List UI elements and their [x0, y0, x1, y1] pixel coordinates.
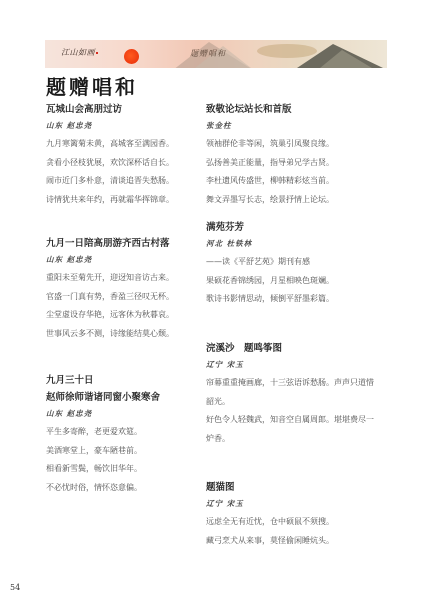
- poem: 满苑芬芳 河北 杜铁林 ——读《平舒艺苑》期刊有感 果硕花香锦绣园，月星相映色斑…: [206, 221, 334, 309]
- poem-line: 美酒寒堂上，豪车陋巷前。: [46, 442, 160, 461]
- poem-line: 官盛一门真有势，香盈三径叹无杯。: [46, 288, 174, 307]
- magazine-page: 江山如画 题赠唱和 题赠唱和 瓦城山会高朋过访 山东 赵忠尧 九月寒篱菊未黄，高…: [0, 0, 428, 600]
- poem-line: 平生多寄醉，老更爱欢筵。: [46, 423, 160, 442]
- banner-brand: 江山如画: [61, 47, 98, 58]
- header-banner: 江山如画 题赠唱和: [45, 40, 387, 68]
- poem-line: 舞文弄墨写长志，绘景抒情上论坛。: [206, 191, 334, 210]
- poem: 九月三十日 赵师徐师谐诸同窗小聚寒舍 山东 赵忠尧 平生多寄醉，老更爱欢筵。 美…: [46, 374, 160, 497]
- page-title: 题赠唱和: [46, 71, 138, 100]
- poem-author: 山东 赵忠尧: [46, 119, 174, 133]
- poem-title: 题猫图: [206, 481, 334, 495]
- poem: 致敬论坛站长和首版 张金柱 领袖群伦非等闲，筑巢引凤聚良缘。 弘扬善美正能量，指…: [206, 103, 334, 209]
- poem-title: 致敬论坛站长和首版: [206, 103, 334, 117]
- poem-title: 浣溪沙 题鸣筝图: [206, 342, 380, 356]
- poem-line: 弘扬善美正能量，指导弟兄学古贤。: [206, 154, 334, 173]
- poem-pre-title: 九月三十日: [46, 374, 160, 388]
- poem-author: 河北 杜铁林: [206, 237, 334, 251]
- poem-author: 山东 赵忠尧: [46, 253, 174, 267]
- poem: 浣溪沙 题鸣筝图 辽宁 宋玉 帘幕重重掩画廊，十三弦语诉愁肠。声声只道惜韶光。 …: [206, 342, 380, 448]
- poem-author: 张金柱: [206, 119, 334, 133]
- poem-subtitle: ——读《平舒艺苑》期刊有感: [206, 253, 334, 272]
- page-number: 54: [10, 583, 20, 592]
- poem-line: 果硕花香锦绣园，月星相映色斑斓。: [206, 272, 334, 291]
- poem-line: 闹市近门多朴意，清谈追晋失愁肠。: [46, 172, 174, 191]
- poem-title: 赵师徐师谐诸同窗小聚寒舍: [46, 391, 160, 405]
- poem-title: 满苑芬芳: [206, 221, 334, 235]
- poem-line: 远虑全无有近忧，仓中硕鼠不须搜。: [206, 513, 334, 532]
- poem: 瓦城山会高朋过访 山东 赵忠尧 九月寒篱菊未黄，高城客至满园香。 贪看小径枝犹展…: [46, 103, 174, 209]
- banner-title: 题赠唱和: [190, 48, 226, 59]
- poem-line: 重阳未至菊先开，迎迓知音访古来。: [46, 269, 174, 288]
- poem-title: 瓦城山会高朋过访: [46, 103, 174, 117]
- poem-line: 诗情犹共来年约，再就霜华挥锦章。: [46, 191, 174, 210]
- mountain-illustration: [320, 50, 372, 68]
- poem-title: 九月一日陪高朋游齐西古村落: [46, 237, 174, 251]
- poem-line: 九月寒篱菊未黄，高城客至满园香。: [46, 135, 174, 154]
- poem-line: 好色令人轻魏武，知音空自属周郎。堪堪费尽一炉香。: [206, 411, 380, 448]
- seal-icon: [96, 52, 98, 54]
- poem-line: 不必忧时俗，情怀恣意偏。: [46, 479, 160, 498]
- red-sun-icon: [124, 49, 139, 64]
- poem: 九月一日陪高朋游齐西古村落 山东 赵忠尧 重阳未至菊先开，迎迓知音访古来。 官盛…: [46, 237, 174, 343]
- poem-line: 尘堂虚设存华艳，远客休为秋暮哀。: [46, 306, 174, 325]
- poem-line: 世事风云多不测，诗缘能结莫心颓。: [46, 325, 174, 344]
- poem-line: 歌诗书影情思动，倾倒平舒墨彩篇。: [206, 290, 334, 309]
- poem-line: 藏弓烹犬从来事，莫怪偷闲睡炕头。: [206, 532, 334, 551]
- poem-line: 领袖群伦非等闲，筑巢引凤聚良缘。: [206, 135, 334, 154]
- poem-line: 贪看小径枝犹展，欢饮深杯话自长。: [46, 154, 174, 173]
- poem-author: 辽宁 宋玉: [206, 497, 334, 511]
- poem: 题猫图 辽宁 宋玉 远虑全无有近忧，仓中硕鼠不须搜。 藏弓烹犬从来事，莫怪偷闲睡…: [206, 481, 334, 550]
- poem-author: 辽宁 宋玉: [206, 358, 380, 372]
- poem-line: 李杜遗风传盛世，柳韩精彩炫当前。: [206, 172, 334, 191]
- poem-line: 帘幕重重掩画廊，十三弦语诉愁肠。声声只道惜韶光。: [206, 374, 380, 411]
- poem-author: 山东 赵忠尧: [46, 407, 160, 421]
- poem-line: 相看新雪鬓，畅饮旧华年。: [46, 460, 160, 479]
- banner-brand-text: 江山如画: [61, 48, 95, 57]
